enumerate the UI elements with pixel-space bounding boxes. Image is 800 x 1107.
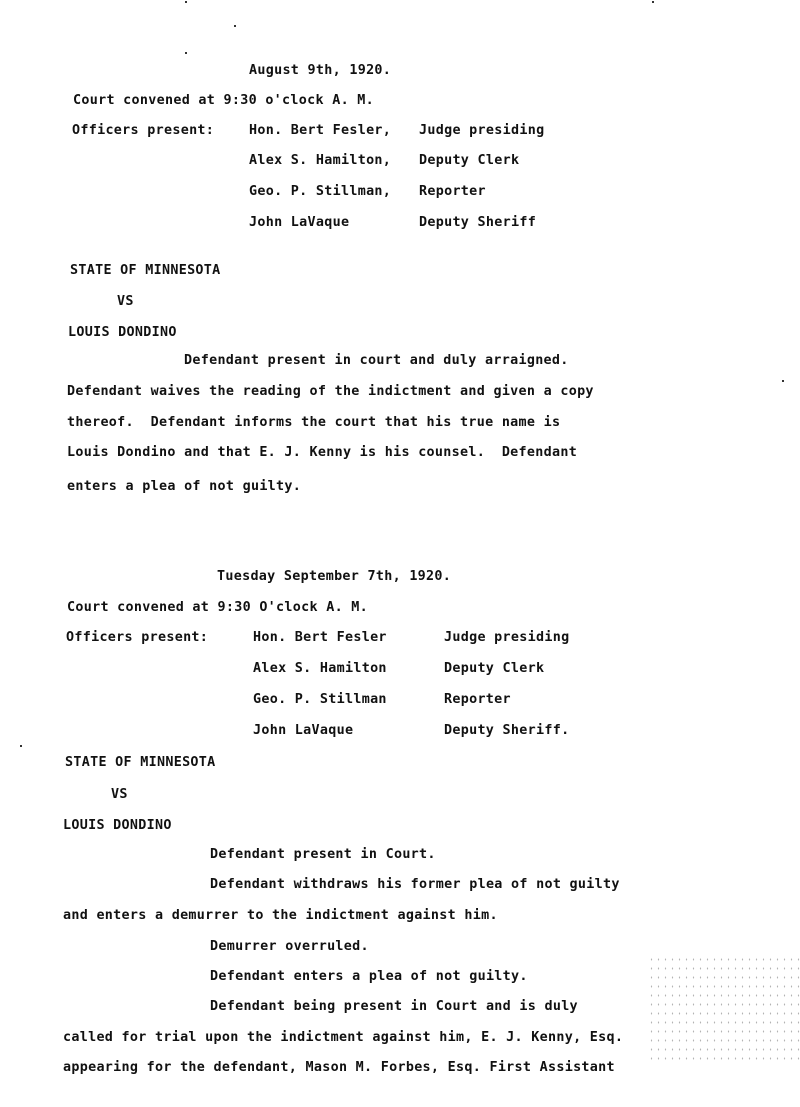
entry-1-officer-role: Reporter [419, 184, 486, 200]
entry-1-body-line: Louis Dondino and that E. J. Kenny is hi… [67, 445, 577, 461]
entry-1-officer-name: Alex S. Hamilton, [249, 153, 391, 169]
entry-1-body-line: Defendant waives the reading of the indi… [67, 384, 594, 400]
entry-1-officer-role: Judge presiding [419, 123, 544, 139]
entry-2-body-line: Demurrer overruled. [210, 939, 369, 955]
entry-2-case-plaintiff: STATE OF MINNESOTA [65, 755, 216, 771]
entry-2-case-versus: VS [111, 787, 128, 803]
entry-2-body-line: Defendant being present in Court and is … [210, 999, 578, 1015]
entry-1-officer-name: Geo. P. Stillman, [249, 184, 391, 200]
entry-2-officer-name: Geo. P. Stillman [253, 692, 387, 708]
scan-noise-stamp [648, 955, 800, 1065]
entry-2-date: Tuesday September 7th, 1920. [217, 569, 451, 585]
entry-2-body-line: called for trial upon the indictment aga… [63, 1030, 623, 1046]
entry-1-body-line: thereof. Defendant informs the court tha… [67, 415, 560, 431]
entry-2-officers-label: Officers present: [66, 630, 208, 646]
entry-2-officer-role: Deputy Clerk [444, 661, 544, 677]
entry-1-case-versus: VS [117, 294, 134, 310]
entry-2-convened: Court convened at 9:30 O'clock A. M. [67, 600, 368, 616]
scan-speck [185, 1, 187, 3]
entry-2-body-line: Defendant withdraws his former plea of n… [210, 877, 620, 893]
entry-2-officer-role: Reporter [444, 692, 511, 708]
scan-speck [185, 52, 187, 54]
entry-2-officer-name: John LaVaque [253, 723, 353, 739]
entry-2-case-defendant: LOUIS DONDINO [63, 818, 172, 834]
scan-speck [652, 1, 654, 3]
entry-2-officer-role: Judge presiding [444, 630, 569, 646]
entry-1-officer-name: John LaVaque [249, 215, 349, 231]
entry-1-case-plaintiff: STATE OF MINNESOTA [70, 263, 221, 279]
entry-2-body-line: appearing for the defendant, Mason M. Fo… [63, 1060, 615, 1076]
entry-2-officer-name: Hon. Bert Fesler [253, 630, 387, 646]
entry-2-body-line: Defendant enters a plea of not guilty. [210, 969, 528, 985]
entry-1-body-line: Defendant present in court and duly arra… [184, 353, 569, 369]
entry-1-officers-label: Officers present: [72, 123, 214, 139]
entry-1-body-line: enters a plea of not guilty. [67, 479, 301, 495]
entry-1-officer-role: Deputy Clerk [419, 153, 519, 169]
entry-2-officer-role: Deputy Sheriff. [444, 723, 569, 739]
entry-2-officer-name: Alex S. Hamilton [253, 661, 387, 677]
entry-1-date: August 9th, 1920. [249, 63, 391, 79]
entry-1-officer-name: Hon. Bert Fesler, [249, 123, 391, 139]
scan-speck [782, 380, 784, 382]
entry-1-case-defendant: LOUIS DONDINO [68, 325, 177, 341]
court-record-page: August 9th, 1920. Court convened at 9:30… [0, 0, 800, 1107]
entry-1-officer-role: Deputy Sheriff [419, 215, 536, 231]
scan-speck [20, 745, 22, 747]
scan-speck [234, 25, 236, 27]
entry-2-body-line: and enters a demurrer to the indictment … [63, 908, 498, 924]
entry-1-convened: Court convened at 9:30 o'clock A. M. [73, 93, 374, 109]
entry-2-body-line: Defendant present in Court. [210, 847, 436, 863]
